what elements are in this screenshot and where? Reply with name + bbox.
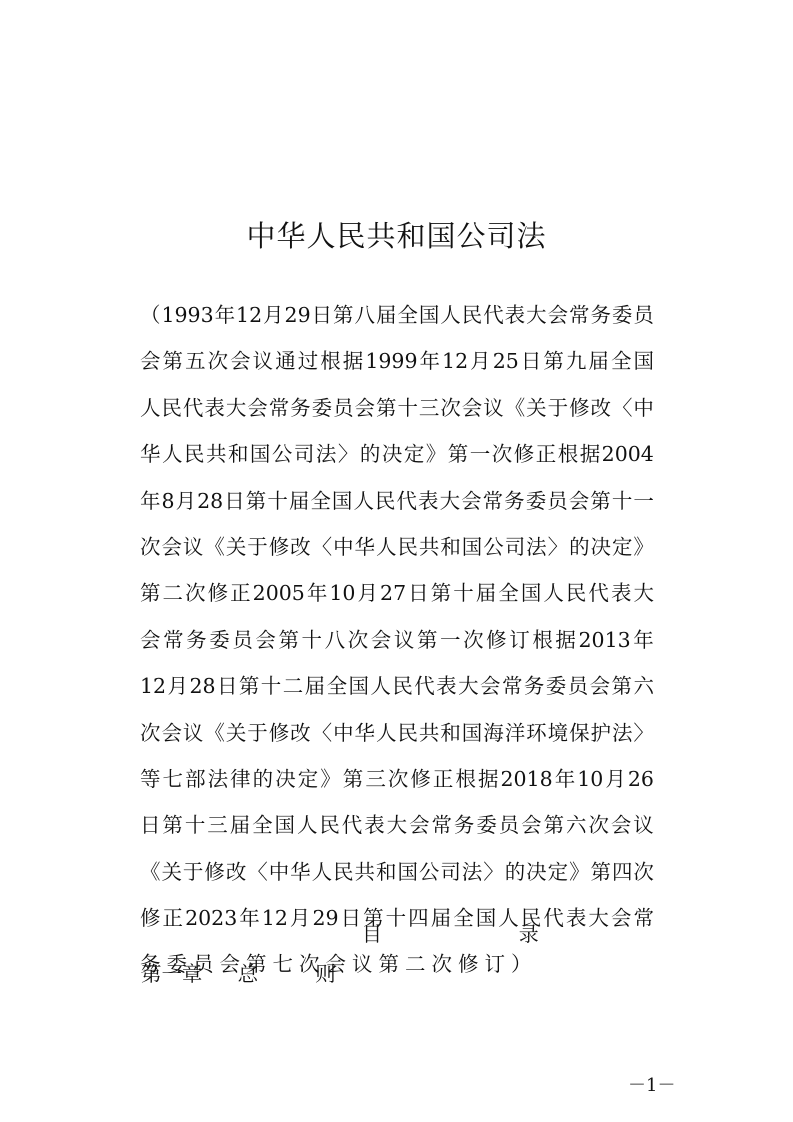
preamble: （1993年12月29日第八届全国人民代表大会常务委员 会第五次会议通过根据19…: [140, 297, 654, 993]
page-number: －1－: [628, 1071, 675, 1097]
toc-heading-part: 录: [519, 918, 539, 947]
preamble-line: 等七部法律的决定》第三次修正根据2018年10月26: [140, 761, 654, 807]
preamble-line: 《关于修改〈中华人民共和国公司法〉的决定》第四次: [140, 854, 654, 900]
preamble-line: 会第五次会议通过根据1999年12月25日第九届全国: [140, 343, 654, 389]
preamble-line: 会常务委员会第十八次会议第一次修订根据2013年: [140, 622, 654, 668]
document-title: 中华人民共和国公司法: [0, 214, 793, 255]
toc-heading-part: 目: [362, 918, 382, 947]
toc-item-chapter-1[interactable]: 第一章 总 则: [141, 957, 336, 987]
toc-chapter-name-part: 则: [315, 957, 336, 987]
preamble-line: 次会议《关于修改〈中华人民共和国公司法〉的决定》: [140, 529, 654, 575]
preamble-line: 人民代表大会常务委员会第十三次会议《关于修改〈中: [140, 390, 654, 436]
preamble-line: 12月28日第十二届全国人民代表大会常务委员会第六: [140, 668, 654, 714]
preamble-line: 华人民共和国公司法〉的决定》第一次修正根据2004: [140, 436, 654, 482]
toc-chapter-number: 第一章: [141, 957, 203, 987]
toc-chapter-name-part: 总: [238, 957, 259, 987]
preamble-line: 次会议《关于修改〈中华人民共和国海洋环境保护法〉: [140, 715, 654, 761]
toc-heading: 目 录: [362, 918, 539, 947]
preamble-line: 日第十三届全国人民代表大会常务委员会第六次会议: [140, 807, 654, 853]
preamble-line: 第二次修正2005年10月27日第十届全国人民代表大: [140, 575, 654, 621]
preamble-line: 年8月28日第十届全国人民代表大会常务委员会第十一: [140, 483, 654, 529]
preamble-line: （1993年12月29日第八届全国人民代表大会常务委员: [140, 297, 654, 343]
